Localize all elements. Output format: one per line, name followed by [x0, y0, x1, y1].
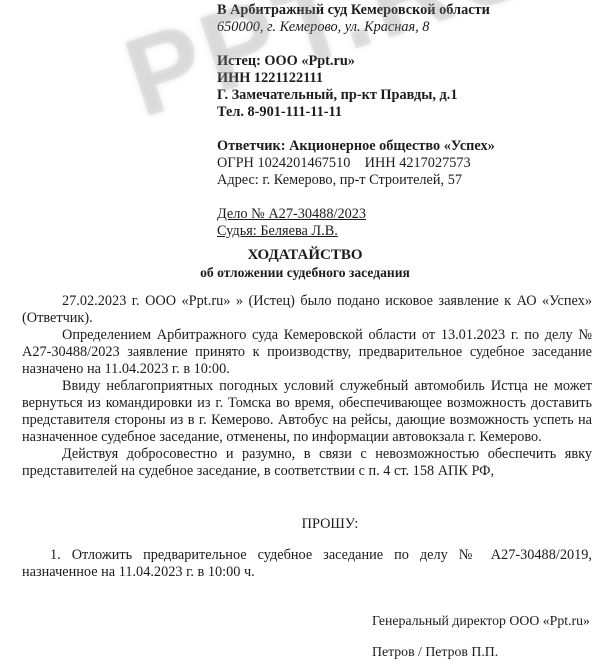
- body-paragraph: Ввиду неблагоприятных погодных условий с…: [22, 378, 592, 446]
- case-number: Дело № А27-30488/2023: [217, 206, 495, 223]
- court-address: 650000, г. Кемерово, ул. Красная, 8: [217, 19, 495, 36]
- plaintiff-inn: ИНН 1221122111: [217, 70, 495, 87]
- document-title: ХОДАТАЙСТВО об отложении судебного засед…: [0, 246, 610, 281]
- body-paragraph: Действуя добросовестно и разумно, в связ…: [22, 446, 592, 480]
- plaintiff-address: Г. Замечательный, пр-кт Правды, д.1: [217, 87, 495, 104]
- title-sub: об отложении судебного заседания: [0, 264, 610, 281]
- request-item: 1. Отложить предварительное судебное зас…: [22, 547, 592, 581]
- defendant-ids: ОГРН 1024201467510 ИНН 4217027573: [217, 155, 495, 172]
- signature-position: Генеральный директор ООО «Ppt.ru»: [372, 612, 590, 629]
- signature-name: Петров / Петров П.П.: [372, 643, 498, 660]
- judge: Судья: Беляева Л.В.: [217, 223, 495, 240]
- plaintiff-phone: Тел. 8-901-111-11-11: [217, 104, 495, 121]
- defendant-address: Адрес: г. Кемерово, пр-т Строителей, 57: [217, 172, 495, 189]
- request-heading: ПРОШУ:: [25, 516, 610, 533]
- addressee-block: В Арбитражный суд Кемеровской области 65…: [217, 2, 495, 240]
- defendant-label: Ответчик: Акционерное общество «Успех»: [217, 138, 495, 155]
- title-main: ХОДАТАЙСТВО: [0, 246, 610, 264]
- plaintiff-label: Истец: ООО «Ppt.ru»: [217, 53, 495, 70]
- body-paragraph: 27.02.2023 г. ООО «Ppt.ru» » (Истец) был…: [22, 293, 592, 327]
- body-paragraph: Определением Арбитражного суда Кемеровск…: [22, 327, 592, 378]
- court-title: В Арбитражный суд Кемеровской области: [217, 2, 495, 19]
- document-body: 27.02.2023 г. ООО «Ppt.ru» » (Истец) был…: [22, 293, 592, 480]
